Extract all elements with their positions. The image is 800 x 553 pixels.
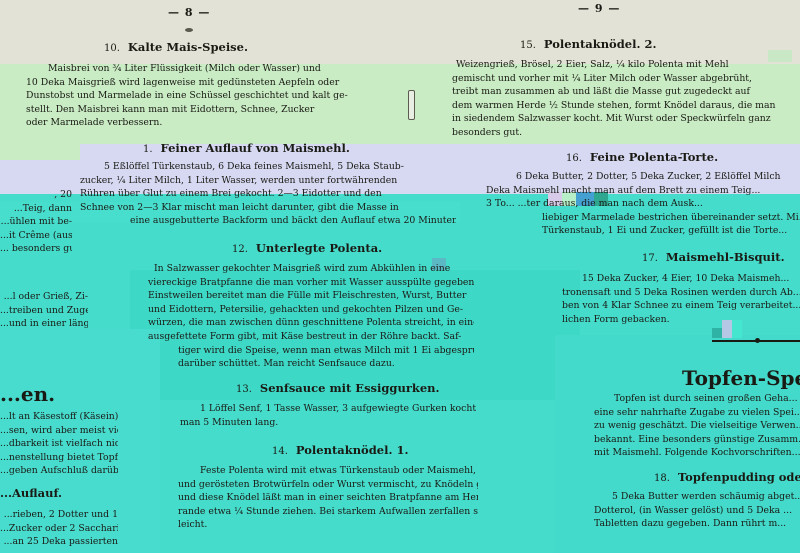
recipe-heading: 16.Feine Polenta-Torte. (566, 150, 718, 164)
text-line: tronensaft und 5 Deka Rosinen werden dur… (562, 286, 800, 300)
text-line: ...Teig, dann (0, 202, 72, 216)
recipe-heading-fragment: ...Auflauf. (0, 486, 62, 500)
recipe-body: 5 Deka Butter werden schäumig abget... D… (594, 490, 800, 531)
text-line: Einstweilen bereitet man die Fülle mit F… (148, 289, 474, 303)
text-line: 15 Deka Zucker, 4 Eier, 10 Deka Maismeh.… (562, 272, 800, 286)
text-line: ...treiben und Zuge- (0, 304, 88, 318)
recipe-heading: 12.Unterlegte Polenta. (232, 241, 382, 255)
recipe-number: 10. (104, 43, 120, 54)
text-line: dem warmen Herde ½ Stunde stehen, formt … (452, 99, 778, 113)
text-line: gemischt und vorher mit ¼ Liter Milch od… (452, 72, 778, 86)
text-line: tiger wird die Speise, wenn man etwas Mi… (148, 344, 474, 358)
recipe-heading: 13.Senfsauce mit Essiggurken. (236, 381, 440, 395)
recipe-title: Polentaknödel. 1. (296, 443, 409, 457)
text-line: zucker, ¼ Liter Milch, 1 Liter Wasser, w… (80, 174, 456, 188)
text-line: ...rieben, 2 Dotter und 1 (0, 508, 118, 522)
recipe-body: 6 Deka Butter, 2 Dotter, 5 Deka Zucker, … (486, 170, 800, 238)
recipe-heading: 15.Polentaknödel. 2. (520, 37, 656, 51)
text-line: ...nenstellung bietet Topfen (0, 451, 118, 465)
recipe-heading: 1.Feiner Auflauf von Maismehl. (143, 141, 350, 155)
recipe-heading: 14.Polentaknödel. 1. (272, 443, 408, 457)
text-line: ...lt an Käsestoff (Käsein) (0, 410, 118, 424)
paper-band (0, 0, 800, 64)
text-line: ...dbarkeit ist vielfach nicht (0, 437, 118, 451)
partial-column-fragment: ...rieben, 2 Dotter und 1 ...Zucker oder… (0, 508, 118, 549)
recipe-number: 13. (236, 384, 252, 395)
left-page-number: — 8 — (168, 6, 210, 19)
text-line: Feste Polenta wird mit etwas Türkenstaub… (178, 464, 478, 478)
green-overlay-band (0, 144, 80, 160)
recipe-heading: 18.Topfenpudding oder ... (654, 470, 800, 484)
recipe-body: 1 Löffel Senf, 1 Tasse Wasser, 3 aufgewi… (180, 402, 480, 429)
recipe-title: Maismehl-Bisquit. (666, 250, 785, 264)
text-line: stellt. Den Maisbrei kann man mit Eidott… (26, 103, 362, 117)
text-line: ben von 4 Klar Schnee zu einem Teig vera… (562, 299, 800, 313)
text-line: , 20 (0, 188, 72, 202)
partial-column-fragment: ...l oder Grieß, Zi- ...treiben und Zuge… (0, 290, 88, 331)
recipe-title: Unterlegte Polenta. (256, 241, 382, 255)
right-page-number: — 9 — (578, 2, 620, 15)
text-line: 5 Eßlöffel Türkenstaub, 6 Deka feines Ma… (80, 160, 456, 174)
text-line: Rühren über Glut zu einem Brei gekocht. … (80, 187, 456, 201)
section-intro: Topfen ist durch seinen großen Geha... e… (594, 392, 800, 460)
text-line: und Eidottern, Petersilie, gehackten und… (148, 303, 474, 317)
recipe-body: 5 Eßlöffel Türkenstaub, 6 Deka feines Ma… (80, 160, 456, 228)
ornament-icon (185, 28, 193, 32)
text-line: ...it Crême (aus (0, 229, 72, 243)
text-line: treibt man zusammen ab und läßt die Mass… (452, 85, 778, 99)
recipe-title: Feiner Auflauf von Maismehl. (161, 141, 350, 155)
text-line: Dunstobst und Marmelade in eine Schüssel… (26, 89, 362, 103)
text-line: ... besonders gut. (0, 242, 72, 256)
recipe-number: 18. (654, 473, 670, 484)
partial-column-fragment: , 20 ...Teig, dann ...ühlen mit be- ...i… (0, 188, 72, 256)
text-line: leicht. (178, 518, 478, 532)
text-line: Türkenstaub, 1 Ei und Zucker, gefüllt is… (486, 224, 800, 238)
recipe-title: Senfsauce mit Essiggurken. (260, 381, 440, 395)
text-line: rande etwa ¼ Stunde ziehen. Bei starkem … (178, 505, 478, 519)
recipe-number: 17. (642, 253, 658, 264)
text-line: ...l oder Grieß, Zi- (0, 290, 88, 304)
text-line: ...ühlen mit be- (0, 215, 72, 229)
recipe-number: 12. (232, 244, 248, 255)
recipe-title: Feine Polenta-Torte. (590, 150, 718, 164)
text-line: besonders gut. (452, 126, 778, 140)
text-line: eine ausgebutterte Backform und bäckt de… (80, 214, 456, 228)
divider-ornament-icon (755, 338, 760, 343)
text-line: ausgefettete Form gibt, mit Käse bestreu… (148, 330, 474, 344)
text-line: Maisbrei von ¾ Liter Flüssigkeit (Milch … (26, 62, 362, 76)
recipe-number: 1. (143, 144, 153, 155)
text-line: ...an 25 Deka passierten (0, 535, 118, 549)
text-line: Tabletten dazu gegeben. Dann rührt m... (594, 517, 800, 531)
recipe-body: Weizengrieß, Brösel, 2 Eier, Salz, ¼ kil… (452, 58, 778, 140)
recipe-title: Polentaknödel. 2. (544, 37, 657, 51)
recipe-title: Topfenpudding oder ... (678, 470, 800, 484)
text-line: zu wenig geschätzt. Die vielseitige Verw… (594, 419, 800, 433)
text-line: darüber schüttet. Man reicht Senfsauce d… (148, 357, 474, 371)
recipe-body: 15 Deka Zucker, 4 Eier, 10 Deka Maismeh.… (562, 272, 800, 326)
section-heading-fragment: ...en. (0, 382, 55, 406)
recipe-title: Kalte Mais-Speise. (128, 40, 248, 54)
recipe-heading: 10.Kalte Mais-Speise. (104, 40, 248, 54)
text-line: ...und in einer läng- (0, 317, 88, 331)
text-line: 10 Deka Maisgrieß wird lagenweise mit ge… (26, 76, 362, 90)
recipe-body: Maisbrei von ¾ Liter Flüssigkeit (Milch … (26, 62, 362, 130)
recipe-body: In Salzwasser gekochter Maisgrieß wird z… (148, 262, 474, 371)
text-line: mit Maismehl. Folgende Kochvorschriften.… (594, 446, 800, 460)
text-line: eine sehr nahrhafte Zugabe zu vielen Spe… (594, 406, 800, 420)
recipe-number: 16. (566, 153, 582, 164)
recipe-heading: 17.Maismehl-Bisquit. (642, 250, 785, 264)
text-line: Schnee von 2—3 Klar mischt man leicht da… (80, 201, 456, 215)
text-line: lichen Form gebacken. (562, 313, 800, 327)
text-line: ...geben Aufschluß darüber. (0, 464, 118, 478)
recipe-body: Feste Polenta wird mit etwas Türkenstaub… (178, 464, 478, 532)
text-line: bekannt. Eine besonders günstige Zusamm.… (594, 433, 800, 447)
text-line: ...sen, wird aber meist viel (0, 424, 118, 438)
text-line: ...Zucker oder 2 Saccharin- (0, 522, 118, 536)
text-line: und gerösteten Brotwürfeln oder Wurst ve… (178, 478, 478, 492)
section-heading: Topfen-Speis... (682, 366, 800, 390)
text-line: Topfen ist durch seinen großen Geha... (594, 392, 800, 406)
text-line: 5 Deka Butter werden schäumig abget... (594, 490, 800, 504)
partial-column-fragment: ...lt an Käsestoff (Käsein) ...sen, wird… (0, 410, 118, 478)
text-line: man 5 Minuten lang. (180, 416, 480, 430)
text-line: Dotterol, (in Wasser gelöst) und 5 Deka … (594, 504, 800, 518)
text-line: In Salzwasser gekochter Maisgrieß wird z… (148, 262, 474, 276)
text-line: in siedendem Salzwasser kocht. Mit Wurst… (452, 112, 778, 126)
text-line: 6 Deka Butter, 2 Dotter, 5 Deka Zucker, … (486, 170, 800, 184)
text-line: oder Marmelade verbessern. (26, 116, 362, 130)
text-line: 3 To... ...ter daraus, die man nach dem … (486, 197, 800, 211)
glitch-block (712, 328, 722, 338)
text-line: Deka Maismehl macht man auf dem Brett zu… (486, 184, 800, 198)
text-line: viereckige Bratpfanne die man vorher mit… (148, 276, 474, 290)
recipe-number: 15. (520, 40, 536, 51)
text-line: und diese Knödel läßt man in einer seich… (178, 491, 478, 505)
recipe-number: 14. (272, 446, 288, 457)
text-line: liebiger Marmelade bestrichen übereinand… (486, 211, 800, 225)
binding-staple-icon (408, 90, 415, 120)
text-line: würzen, die man zwischen dünn geschnitte… (148, 316, 474, 330)
text-line: Weizengrieß, Brösel, 2 Eier, Salz, ¼ kil… (452, 58, 778, 72)
text-line: 1 Löffel Senf, 1 Tasse Wasser, 3 aufgewi… (180, 402, 480, 416)
